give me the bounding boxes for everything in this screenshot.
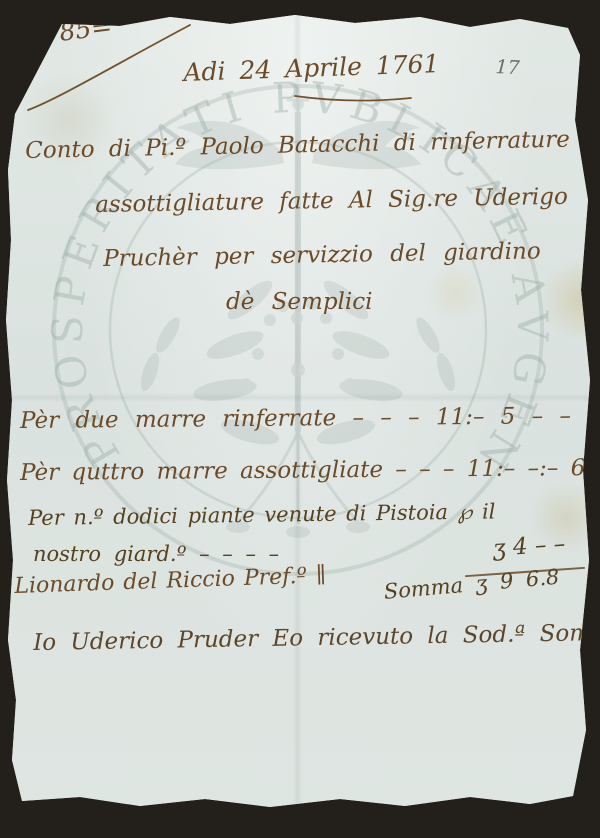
body-line-4: dè Semplici	[226, 291, 373, 314]
item-line-2: Pèr quttro marre assottigliate – – – 11:…	[20, 457, 600, 485]
photo-backdrop: PROSPERITATI PVBLICAE AVGENDAE	[0, 0, 600, 838]
paper-sheet: PROSPERITATI PVBLICAE AVGENDAE	[0, 0, 600, 838]
archive-paraph-tick	[29, 38, 37, 62]
page-number-pencil: 17	[495, 58, 520, 78]
item-line-4: nostro giard.º – – – –	[33, 544, 279, 565]
amount-plants: ʒ 4 – –	[492, 533, 566, 561]
date-underline	[295, 96, 411, 101]
archive-number: 85=	[58, 14, 113, 45]
item-line-1: Pèr due marre rinferrate – – – 11:– 5 – …	[20, 405, 599, 433]
